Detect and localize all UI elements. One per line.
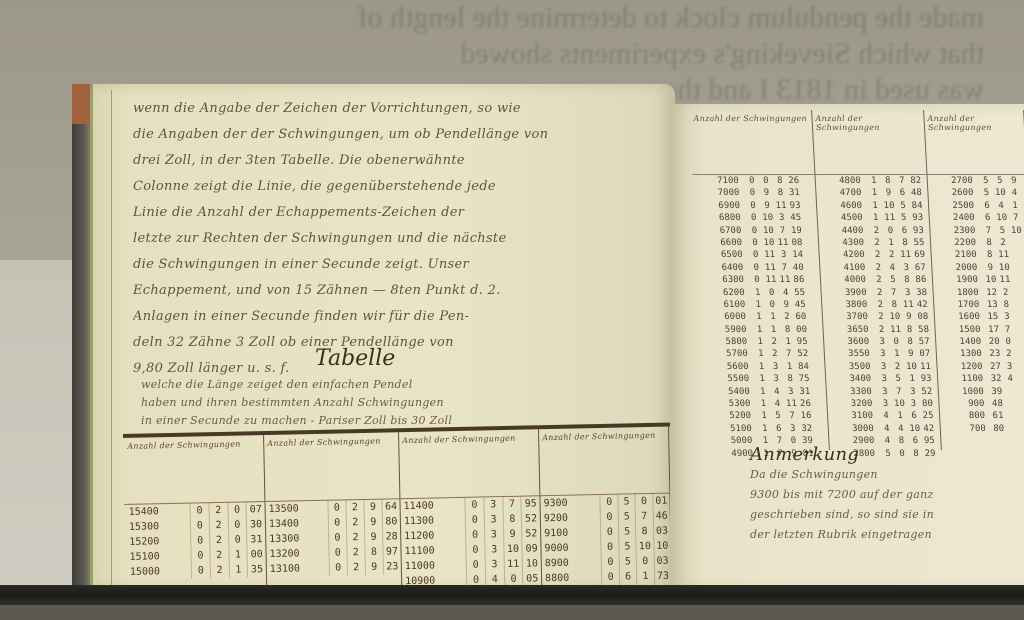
- oscillation-count: 15200: [125, 534, 190, 550]
- length-value: 32: [989, 373, 1004, 385]
- table-row: 220082: [930, 237, 1024, 249]
- oscillation-count: 5400: [704, 386, 757, 398]
- right-page: Anzahl der Schwingungen71000082670000983…: [670, 104, 1024, 590]
- length-value: 7: [892, 386, 907, 398]
- caption-line: haben und ihren bestimmten Anzahl Schwin…: [141, 394, 651, 412]
- table-row: 6800010345: [694, 212, 817, 224]
- oscillation-count: 2400: [928, 212, 981, 224]
- length-value: 12: [984, 287, 999, 299]
- oscillation-count: 6700: [695, 225, 748, 237]
- length-value: 1: [867, 187, 882, 199]
- table-row: 3200310380: [826, 398, 939, 410]
- length-value: 5: [979, 187, 994, 199]
- length-value: 31: [246, 532, 265, 547]
- length-value: 00: [794, 324, 809, 336]
- length-value: 8: [887, 299, 902, 311]
- length-value: 0: [889, 336, 904, 348]
- length-value: 2: [998, 287, 1013, 299]
- length-value: 4: [1007, 187, 1022, 199]
- table-row: 340035193: [825, 373, 938, 385]
- length-value: 3: [900, 287, 915, 299]
- oscillation-count: 2000: [931, 262, 984, 274]
- table-row: 23007510: [929, 225, 1024, 237]
- length-value: 5: [995, 225, 1010, 237]
- table-column-group: Anzahl der Schwingungen48001878247001964…: [811, 110, 942, 450]
- length-value: 0: [328, 530, 346, 545]
- length-value: 19: [789, 225, 804, 237]
- length-value: 8: [902, 324, 917, 336]
- table-row: 6900091193: [694, 200, 817, 212]
- length-value: 55: [912, 237, 927, 249]
- length-value: 5: [886, 274, 901, 286]
- length-value: 52: [521, 526, 540, 541]
- length-value: 17: [986, 324, 1001, 336]
- length-value: 69: [912, 249, 927, 261]
- length-value: 1: [755, 373, 770, 385]
- table-row: 480018782: [814, 175, 927, 187]
- table-row: 540014331: [704, 386, 827, 398]
- oscillation-count: 5600: [702, 361, 755, 373]
- length-value: 11: [882, 212, 897, 224]
- oscillation-count: 5700: [702, 348, 755, 360]
- length-value: 1: [893, 410, 908, 422]
- length-value: 9: [904, 348, 919, 360]
- length-value: 26: [798, 398, 813, 410]
- table-row: 1600153: [934, 311, 1024, 323]
- table-row: 1200273: [936, 361, 1024, 373]
- length-value: 52: [796, 348, 811, 360]
- pendulum-table: Anzahl der Schwingungen15400020071530002…: [123, 422, 686, 594]
- oscillation-count: 13200: [265, 546, 328, 562]
- length-value: 10: [636, 539, 654, 554]
- length-value: 10: [994, 212, 1009, 224]
- oscillation-count: 13400: [265, 516, 328, 532]
- table-row: 6400011740: [697, 262, 820, 274]
- length-value: 11: [998, 274, 1013, 286]
- oscillation-count: 1700: [933, 299, 986, 311]
- column-header: Anzahl der Schwingungen: [398, 429, 539, 499]
- length-value: 3: [875, 336, 890, 348]
- length-value: 9: [364, 515, 382, 530]
- length-value: 2: [209, 518, 228, 533]
- length-value: 3: [906, 398, 921, 410]
- table-row: 700009831: [693, 187, 816, 199]
- length-value: [1004, 386, 1019, 398]
- table-row: 1700138: [933, 299, 1024, 311]
- length-value: 03: [653, 524, 671, 539]
- length-value: 1: [866, 175, 881, 187]
- length-value: 3: [899, 262, 914, 274]
- book-spine: [72, 88, 92, 588]
- length-value: 3: [483, 497, 502, 512]
- oscillation-count: 11300: [400, 513, 465, 529]
- table-row: 580012195: [701, 336, 824, 348]
- table-row: 1800122: [932, 287, 1024, 299]
- length-value: 97: [382, 544, 400, 559]
- length-value: 10: [888, 311, 903, 323]
- length-value: 8: [783, 373, 798, 385]
- oscillation-count: 3200: [826, 398, 879, 410]
- length-value: 7: [886, 287, 901, 299]
- oscillation-count: 1100: [937, 373, 990, 385]
- length-value: 1: [750, 287, 765, 299]
- oscillation-count: 5200: [705, 410, 758, 422]
- length-value: 5: [618, 554, 636, 569]
- length-value: 61: [991, 410, 1006, 422]
- length-value: 3: [768, 361, 783, 373]
- length-value: 5: [618, 509, 636, 524]
- length-value: 10: [892, 398, 907, 410]
- length-value: 9: [760, 200, 775, 212]
- length-value: 0: [748, 249, 763, 261]
- length-value: 3: [484, 557, 503, 572]
- length-value: 2: [884, 249, 899, 261]
- oscillation-count: 800: [939, 410, 992, 422]
- reflection-line: made the pendulum clock to determine the…: [0, 0, 1024, 36]
- table-row: 4500111593: [816, 212, 929, 224]
- length-value: [1005, 410, 1020, 422]
- length-value: 3: [774, 212, 789, 224]
- length-value: 2: [208, 503, 227, 518]
- length-value: 60: [794, 311, 809, 323]
- length-value: 23: [988, 348, 1003, 360]
- annotation-line: der letzten Rubrik eingetragen: [750, 525, 1024, 545]
- length-value: 11: [778, 274, 793, 286]
- length-value: 9: [779, 299, 794, 311]
- length-value: 4: [770, 398, 785, 410]
- oscillation-count: 6000: [700, 311, 753, 323]
- length-value: 4: [1003, 373, 1018, 385]
- length-value: [1016, 348, 1024, 360]
- length-value: 52: [521, 511, 540, 526]
- length-value: 8: [364, 545, 382, 560]
- length-value: 11: [996, 249, 1011, 261]
- length-value: 7: [502, 497, 521, 512]
- table-row: 4200221169: [818, 249, 931, 261]
- length-value: 3: [784, 386, 799, 398]
- length-value: 73: [654, 569, 672, 584]
- length-value: 4: [994, 200, 1009, 212]
- annotation-line: Da die Schwingungen: [750, 465, 1024, 485]
- length-value: 3: [484, 542, 503, 557]
- table-row: 330037352: [826, 386, 939, 398]
- annotation-title: Anmerkung: [750, 444, 1024, 465]
- annotation-line: 9300 bis mit 7200 auf der ganz: [750, 485, 1024, 505]
- oscillation-count: 9000: [540, 540, 601, 556]
- length-value: 3: [877, 373, 892, 385]
- table-column-group: Anzahl der Schwingungen93000500192000574…: [538, 427, 672, 586]
- page-margin-line: [111, 90, 112, 586]
- length-value: 4: [885, 262, 900, 274]
- length-value: 6: [980, 200, 995, 212]
- length-value: 0: [465, 527, 484, 542]
- length-value: 1: [1008, 200, 1023, 212]
- length-value: [1017, 373, 1024, 385]
- oscillation-count: 4700: [815, 187, 868, 199]
- length-value: 31: [798, 386, 813, 398]
- length-value: 1: [753, 336, 768, 348]
- length-value: 35: [247, 562, 266, 577]
- table-row: 440020693: [817, 225, 930, 237]
- length-value: 0: [600, 525, 618, 540]
- length-value: 5: [992, 175, 1007, 187]
- length-value: 1: [757, 423, 772, 435]
- length-value: 5: [618, 524, 636, 539]
- length-value: 0: [465, 542, 484, 557]
- oscillation-count: 700: [939, 423, 992, 435]
- oscillation-count: 6200: [698, 287, 751, 299]
- length-value: 1: [766, 311, 781, 323]
- length-value: 45: [788, 212, 803, 224]
- length-value: 1: [754, 348, 769, 360]
- length-value: 9: [983, 262, 998, 274]
- length-value: 2: [872, 287, 887, 299]
- oscillation-count: 11200: [400, 528, 465, 544]
- length-value: 0: [227, 517, 246, 532]
- length-value: [1012, 287, 1024, 299]
- length-value: 5: [618, 539, 636, 554]
- length-value: 0: [190, 518, 209, 533]
- length-value: 1: [752, 311, 767, 323]
- oscillation-count: 6300: [698, 274, 751, 286]
- length-value: [1018, 398, 1024, 410]
- oscillation-count: 4800: [814, 175, 867, 187]
- length-value: 7: [894, 175, 909, 187]
- length-value: 3: [1002, 361, 1017, 373]
- length-value: 64: [381, 499, 399, 514]
- length-value: 7: [782, 348, 797, 360]
- length-value: 10: [984, 274, 999, 286]
- length-value: 75: [797, 373, 812, 385]
- length-value: 4: [770, 386, 785, 398]
- length-value: 1: [228, 547, 247, 562]
- table-row: 1500177: [934, 324, 1024, 336]
- table-row: 2100811: [930, 249, 1024, 261]
- length-value: 6: [619, 569, 637, 584]
- table-row: 600011260: [700, 311, 823, 323]
- length-value: 4: [879, 410, 894, 422]
- oscillation-count: 3100: [827, 410, 880, 422]
- oscillation-count: 9100: [540, 525, 601, 541]
- length-value: 10: [882, 200, 897, 212]
- length-value: 9: [363, 500, 381, 515]
- display-case-frame: [0, 585, 1024, 605]
- length-value: 5: [891, 373, 906, 385]
- length-value: 0: [883, 225, 898, 237]
- length-value: 2: [209, 548, 228, 563]
- caption-line: welche die Länge zeiget den einfachen Pe…: [141, 376, 651, 394]
- prose-text: wenn die Angabe der Zeichen der Vorricht…: [133, 96, 653, 382]
- oscillation-count: 4100: [819, 262, 872, 274]
- length-value: 8: [880, 175, 895, 187]
- length-value: 11: [918, 361, 933, 373]
- length-value: 38: [914, 287, 929, 299]
- length-value: 86: [792, 274, 807, 286]
- length-value: 11: [764, 274, 779, 286]
- length-value: 7: [777, 262, 792, 274]
- table-row: 1100324: [937, 373, 1024, 385]
- text-line: die Angaben der der Schwingungen, um ob …: [133, 122, 653, 148]
- length-value: 0: [190, 533, 209, 548]
- oscillation-count: 6100: [699, 299, 752, 311]
- table-row: 100039: [938, 386, 1024, 398]
- length-value: 08: [790, 237, 805, 249]
- length-value: 3: [906, 386, 921, 398]
- length-value: 0: [746, 212, 761, 224]
- length-value: 11: [888, 324, 903, 336]
- length-value: 6: [907, 410, 922, 422]
- length-value: 95: [521, 496, 540, 511]
- text-line: drei Zoll, in der 3ten Tabelle. Die oben…: [133, 148, 653, 174]
- oscillation-count: 3500: [824, 361, 877, 373]
- length-value: 8: [772, 175, 787, 187]
- length-value: 1: [766, 324, 781, 336]
- column-header: Anzahl der Schwingungen: [811, 110, 926, 175]
- length-value: 3: [785, 423, 800, 435]
- length-value: 6: [895, 187, 910, 199]
- oscillation-count: 3700: [822, 311, 875, 323]
- oscillation-count: 15100: [125, 549, 190, 565]
- oscillation-count: 6900: [694, 200, 747, 212]
- length-value: [1016, 361, 1024, 373]
- length-value: 1: [752, 324, 767, 336]
- length-value: 0: [600, 495, 618, 510]
- table-row: 3650211858: [822, 324, 935, 336]
- length-value: 9: [365, 560, 383, 575]
- length-value: 1: [756, 386, 771, 398]
- length-value: 09: [522, 541, 541, 556]
- length-value: 8: [635, 524, 653, 539]
- length-value: 16: [799, 410, 814, 422]
- table-row: 710000826: [692, 175, 815, 187]
- length-value: [1010, 249, 1024, 261]
- length-value: [1015, 336, 1024, 348]
- length-value: 1: [756, 398, 771, 410]
- table-row: 410024367: [819, 262, 932, 274]
- length-value: 57: [917, 336, 932, 348]
- length-value: 3: [878, 386, 893, 398]
- length-value: 1: [905, 373, 920, 385]
- length-value: 2: [874, 311, 889, 323]
- length-value: 6: [980, 212, 995, 224]
- oscillation-count: 2500: [928, 200, 981, 212]
- table-row: 1500002135: [126, 562, 266, 580]
- oscillation-count: 6500: [696, 249, 749, 261]
- table-row: 620010455: [698, 287, 821, 299]
- oscillation-count: 2200: [930, 237, 983, 249]
- length-value: 5: [896, 200, 911, 212]
- oscillation-count: 1400: [935, 336, 988, 348]
- table-row: 360030857: [823, 336, 936, 348]
- table-row: 24006107: [928, 212, 1024, 224]
- length-value: 26: [786, 175, 801, 187]
- column-header: Anzahl der Schwingungen: [538, 427, 669, 497]
- oscillation-count: 5500: [703, 373, 756, 385]
- length-value: 10: [761, 225, 776, 237]
- length-value: 4: [879, 423, 894, 435]
- length-value: 45: [793, 299, 808, 311]
- oscillation-count: 8800: [541, 570, 602, 586]
- oscillation-count: 7000: [693, 187, 746, 199]
- oscillation-count: 1000: [938, 386, 991, 398]
- length-value: 1: [757, 410, 772, 422]
- length-value: 3: [1000, 311, 1015, 323]
- oscillation-count: 1800: [932, 287, 985, 299]
- display-case-base: [0, 605, 1024, 620]
- length-value: 1: [781, 336, 796, 348]
- manuscript-book: wenn die Angabe der Zeichen der Vorricht…: [72, 84, 1024, 594]
- left-page: wenn die Angabe der Zeichen der Vorricht…: [90, 84, 675, 590]
- length-value: 2: [1002, 348, 1017, 360]
- length-value: 2: [873, 299, 888, 311]
- oscillation-count: 6800: [694, 212, 747, 224]
- oscillation-count: 5100: [705, 423, 758, 435]
- length-value: 55: [792, 287, 807, 299]
- oscillation-count: 1200: [936, 361, 989, 373]
- oscillation-count: 9300: [539, 495, 600, 511]
- table-column-group: Anzahl der Schwingungen71000082670000983…: [689, 110, 830, 450]
- length-value: 8: [982, 237, 997, 249]
- table-row: 510016332: [705, 423, 828, 435]
- length-value: 3: [484, 512, 503, 527]
- oscillation-count: 4400: [817, 225, 870, 237]
- length-value: 9: [759, 187, 774, 199]
- length-value: 93: [910, 212, 925, 224]
- length-value: 0: [636, 554, 654, 569]
- table-row: 560013184: [702, 361, 825, 373]
- length-value: 10: [993, 187, 1008, 199]
- table-row: 1310002923: [266, 559, 401, 577]
- oscillation-count: 13500: [264, 501, 327, 517]
- length-value: [1014, 324, 1024, 336]
- text-line: Colonne zeigt die Linie, die gegenüberst…: [133, 174, 653, 200]
- length-value: 3: [769, 373, 784, 385]
- length-value: 6: [897, 225, 912, 237]
- length-value: 11: [776, 237, 791, 249]
- oscillation-count: 5300: [704, 398, 757, 410]
- table-row: 390027338: [820, 287, 933, 299]
- length-value: 9: [364, 530, 382, 545]
- table-row: 2000910: [931, 262, 1024, 274]
- table-row: 19001011: [932, 274, 1024, 286]
- length-value: 93: [919, 373, 934, 385]
- length-value: 0: [191, 563, 210, 578]
- table-row: 1400200: [935, 336, 1024, 348]
- table-column-group: Anzahl der Schwingungen11400037951130003…: [398, 429, 542, 588]
- length-value: 28: [382, 529, 400, 544]
- length-value: 3: [484, 527, 503, 542]
- table-row: 550013875: [703, 373, 826, 385]
- length-value: 8: [502, 512, 521, 527]
- length-value: 0: [464, 497, 483, 512]
- length-value: 42: [915, 299, 930, 311]
- table-row: 70080: [939, 423, 1024, 435]
- length-value: 2: [780, 311, 795, 323]
- table-row: 1300232: [936, 348, 1024, 360]
- oscillation-count: 3600: [823, 336, 876, 348]
- length-value: [1011, 262, 1024, 274]
- oscillation-count: 13300: [265, 531, 328, 547]
- length-value: 9: [503, 527, 522, 542]
- table-row: 3700210908: [822, 311, 935, 323]
- length-value: [1013, 299, 1024, 311]
- length-value: 5: [771, 410, 786, 422]
- length-value: 11: [503, 557, 522, 572]
- oscillation-count: 3900: [820, 287, 873, 299]
- length-value: 0: [750, 274, 765, 286]
- length-value: [1019, 410, 1024, 422]
- table-row: 400025886: [820, 274, 933, 286]
